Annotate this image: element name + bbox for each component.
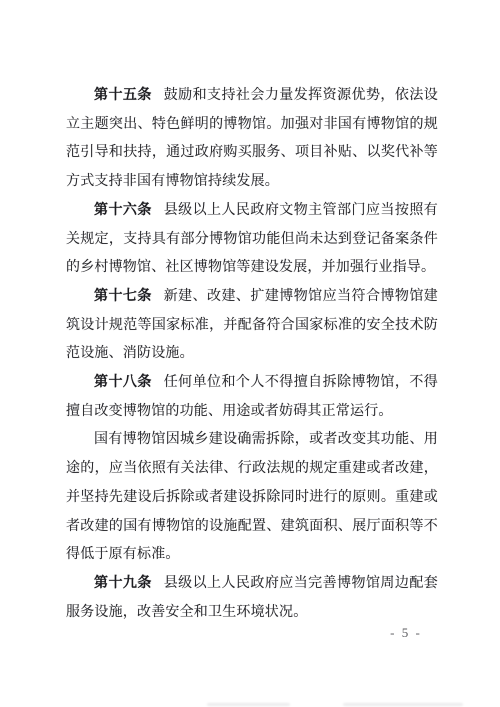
article-15-number: 第十五条 xyxy=(94,88,152,103)
paragraph-article-16: 第十六条县级以上人民政府文物主管部门应当按照有关规定，支持具有部分博物馆功能但尚… xyxy=(66,197,438,283)
document-text-block: 第十五条鼓励和支持社会力量发挥资源优势，依法设立主题突出、特色鲜明的博物馆。加强… xyxy=(66,82,438,627)
paragraph-article-15: 第十五条鼓励和支持社会力量发挥资源优势，依法设立主题突出、特色鲜明的博物馆。加强… xyxy=(66,82,438,197)
document-page: 第十五条鼓励和支持社会力量发挥资源优势，依法设立主题突出、特色鲜明的博物馆。加强… xyxy=(0,0,500,707)
article-17-number: 第十七条 xyxy=(94,289,152,304)
scan-bleedthrough-artifact xyxy=(343,703,463,706)
article-16-number: 第十六条 xyxy=(94,203,152,218)
article-15-text: 鼓励和支持社会力量发挥资源优势，依法设立主题突出、特色鲜明的博物馆。加强对非国有… xyxy=(66,88,438,189)
article-18-number: 第十八条 xyxy=(94,375,152,390)
article-19-number: 第十九条 xyxy=(94,576,152,591)
paragraph-article-18: 第十八条任何单位和个人不得擅自拆除博物馆，不得擅自改变博物馆的功能、用途或者妨碍… xyxy=(66,369,438,426)
article-18-clause-2-text: 国有博物馆因城乡建设确需拆除，或者改变其功能、用途的，应当依照有关法律、行政法规… xyxy=(66,432,438,562)
page-number: - 5 - xyxy=(380,625,432,641)
scan-bleedthrough-artifact xyxy=(207,703,290,706)
paragraph-article-18-clause-2: 国有博物馆因城乡建设确需拆除，或者改变其功能、用途的，应当依照有关法律、行政法规… xyxy=(66,426,438,570)
paragraph-article-19: 第十九条县级以上人民政府应当完善博物馆周边配套服务设施，改善安全和卫生环境状况。 xyxy=(66,570,438,627)
paragraph-article-17: 第十七条新建、改建、扩建博物馆应当符合博物馆建筑设计规范等国家标准，并配备符合国… xyxy=(66,283,438,369)
